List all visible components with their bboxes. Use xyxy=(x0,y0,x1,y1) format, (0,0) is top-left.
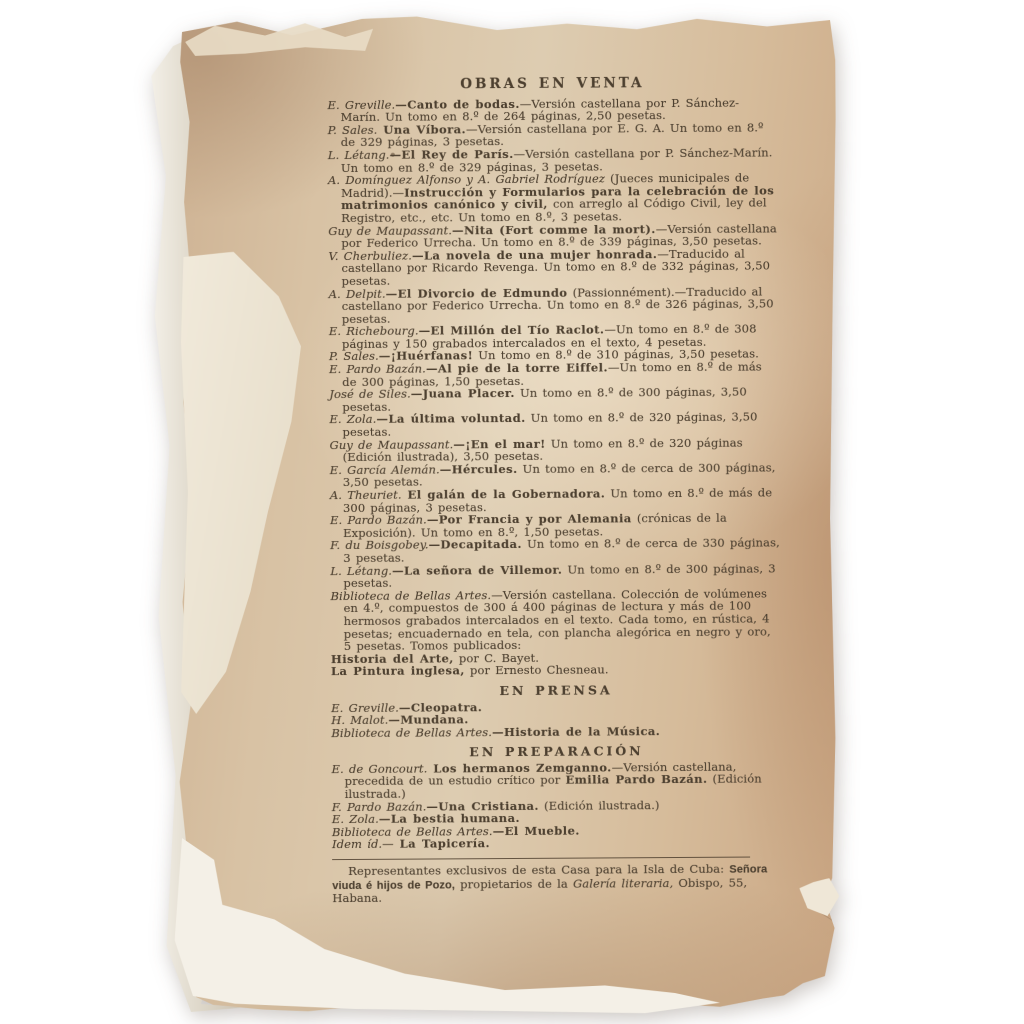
entries-list: E. Greville.—Canto de bodas.—Versión cas… xyxy=(327,96,781,678)
footnote-divider xyxy=(332,857,750,861)
text-segment: La Pintura inglesa, xyxy=(331,664,465,679)
footnote-paragraph: Representantes exclusivos de esta Casa p… xyxy=(332,862,782,905)
text-segment: —El Mueble. xyxy=(493,823,580,838)
paper-smudge xyxy=(964,439,985,629)
text-segment: La Tapicería. xyxy=(394,837,490,852)
section-en-preparacion: EN PREPARACIÓN E. de Goncourt. Los herma… xyxy=(331,745,782,851)
text-segment: —Historia de la Música. xyxy=(492,724,660,739)
text-segment: Biblioteca de Bellas Artes. xyxy=(331,725,492,740)
footnote: Representantes exclusivos de esta Casa p… xyxy=(332,862,782,905)
section-heading: EN PREPARACIÓN xyxy=(331,745,781,760)
section-obras-en-venta: OBRAS EN VENTA E. Greville.—Canto de bod… xyxy=(327,76,781,678)
catalog-entry: La Pintura inglesa, por Ernesto Chesneau… xyxy=(331,663,781,678)
photo-canvas: OBRAS EN VENTA E. Greville.—Canto de bod… xyxy=(0,0,1024,1024)
text-segment: —Decapitada. xyxy=(429,537,522,552)
text-segment: por Ernesto Chesneau. xyxy=(465,663,609,678)
text-segment: —La señora de Villemor. xyxy=(392,562,562,577)
text-segment: Idem íd.— xyxy=(332,837,394,851)
paper-crease xyxy=(837,949,899,982)
section-heading: OBRAS EN VENTA xyxy=(327,76,777,91)
text-segment: —Hércules. xyxy=(440,462,518,476)
text-segment: (Edición ilustrada.) xyxy=(539,798,660,813)
text-segment: —Juana Placer. xyxy=(411,386,515,401)
catalog-entry: A. Domínguez Alfonso y A. Gabriel Rodríg… xyxy=(328,172,778,225)
section-en-prensa: EN PRENSA E. Greville.—Cleopatra.H. Malo… xyxy=(331,683,781,739)
text-segment: Galería literaria, xyxy=(573,876,673,891)
catalog-entry: V. Cherbuliez.—La novela de una mujer ho… xyxy=(328,247,778,288)
section-heading: EN PRENSA xyxy=(331,683,781,698)
text-segment: propietarios de la xyxy=(455,876,573,891)
catalog-entry: Biblioteca de Bellas Artes.—Historia de … xyxy=(331,724,781,739)
paper-stain xyxy=(945,71,955,80)
catalog-text-column: OBRAS EN VENTA E. Greville.—Canto de bod… xyxy=(327,76,782,905)
text-segment: Emilia Pardo Bazán. xyxy=(565,772,707,787)
text-segment: —La última voluntad. xyxy=(376,411,525,426)
book: OBRAS EN VENTA E. Greville.—Canto de bod… xyxy=(0,0,1024,1024)
catalog-entry: A. Delpit.—El Divorcio de Edmundo (Passi… xyxy=(329,285,779,326)
catalog-entry: E. de Goncourt. Los hermanos Zemganno.—V… xyxy=(332,760,782,801)
catalog-entry: Idem íd.— La Tapicería. xyxy=(332,836,782,851)
entries-list: E. de Goncourt. Los hermanos Zemganno.—V… xyxy=(332,760,783,851)
entries-list: E. Greville.—Cleopatra.H. Malot.—Mundana… xyxy=(331,699,781,740)
catalog-entry: Biblioteca de Bellas Artes.—Versión cast… xyxy=(330,587,780,653)
